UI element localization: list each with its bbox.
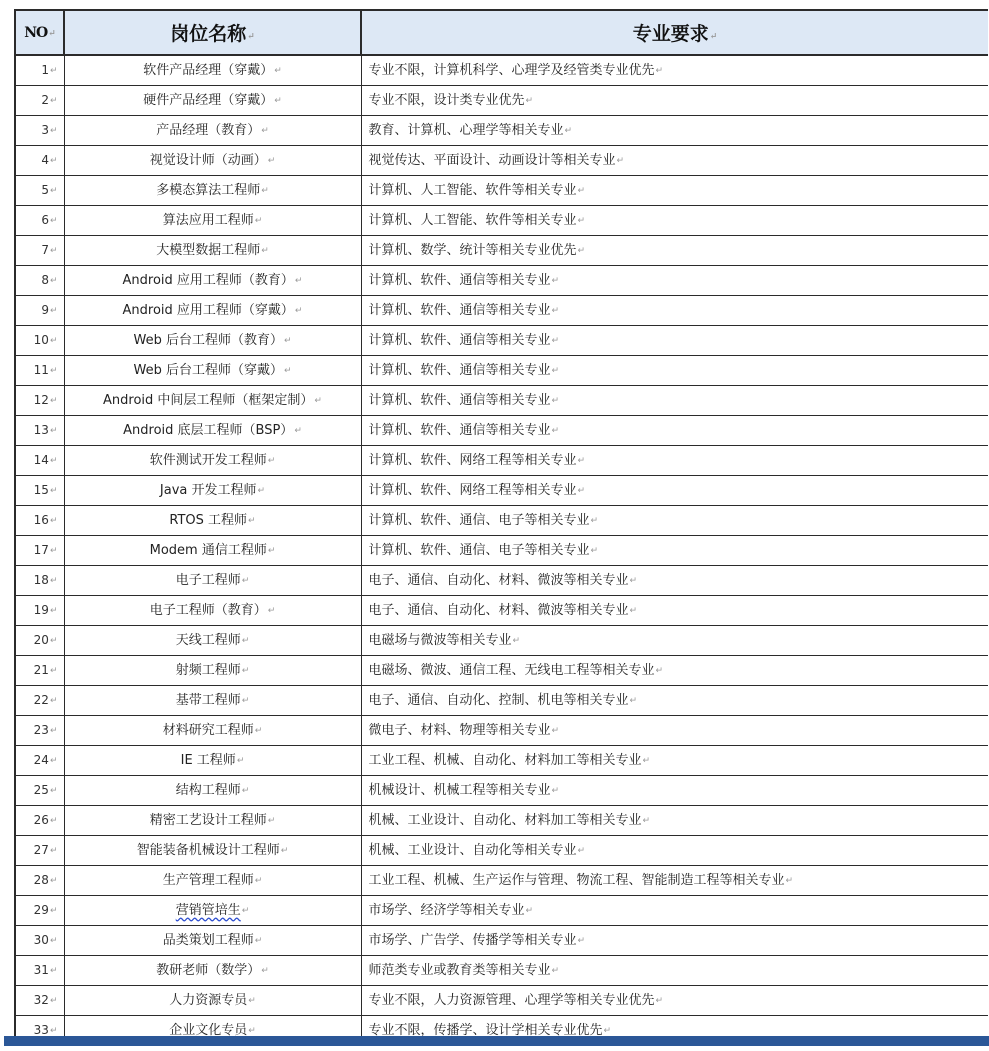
paragraph-mark-icon: ↵ <box>242 576 250 586</box>
paragraph-mark-icon: ↵ <box>274 96 282 106</box>
paragraph-mark-icon: ↵ <box>242 786 250 796</box>
paragraph-mark-icon: ↵ <box>50 276 58 286</box>
major-requirement-cell-text: 电子、通信、自动化、控制、机电等相关专业 <box>369 693 629 708</box>
paragraph-mark-icon: ↵ <box>643 756 651 766</box>
paragraph-mark-icon: ↵ <box>643 816 651 826</box>
paragraph-mark-icon: ↵ <box>50 666 58 676</box>
row-number-cell[interactable]: 24↵ <box>15 746 64 776</box>
table-row: 20↵天线工程师↵电磁场与微波等相关专业↵ <box>15 626 988 656</box>
row-number-cell[interactable]: 27↵ <box>15 836 64 866</box>
paragraph-mark-icon: ↵ <box>578 846 586 856</box>
row-number-cell-text: 10 <box>34 333 49 347</box>
row-number-cell-text: 15 <box>34 483 49 497</box>
position-name-cell[interactable]: 射频工程师↵ <box>64 656 361 686</box>
paragraph-mark-icon: ↵ <box>513 636 521 646</box>
paragraph-mark-icon: ↵ <box>261 246 269 256</box>
job-requirements-table-container: NO↵ 岗位名称↵ 专业要求↵ 1↵软件产品经理（穿戴）↵专业不限，计算机科学、… <box>14 9 987 1046</box>
table-row: 4↵视觉设计师（动画）↵视觉传达、平面设计、动画设计等相关专业↵ <box>15 146 988 176</box>
paragraph-mark-icon: ↵ <box>50 846 58 856</box>
row-number-cell-text: 9 <box>41 303 49 317</box>
major-requirement-cell[interactable]: 电磁场、微波、通信工程、无线电工程等相关专业↵ <box>361 656 988 686</box>
paragraph-mark-icon: ↵ <box>50 396 58 406</box>
position-name-cell-text: 大模型数据工程师 <box>156 243 260 258</box>
major-requirement-cell[interactable]: 微电子、材料、物理等相关专业↵ <box>361 716 988 746</box>
major-requirement-cell-text: 计算机、软件、通信、电子等相关专业 <box>369 513 590 528</box>
major-requirement-cell[interactable]: 机械、工业设计、自动化等相关专业↵ <box>361 836 988 866</box>
position-name-cell[interactable]: 品类策划工程师↵ <box>64 926 361 956</box>
table-row: 2↵硬件产品经理（穿戴）↵专业不限，设计类专业优先↵ <box>15 86 988 116</box>
row-number-cell[interactable]: 21↵ <box>15 656 64 686</box>
paragraph-mark-icon: ↵ <box>526 906 534 916</box>
position-name-cell[interactable]: Java 开发工程师↵ <box>64 476 361 506</box>
paragraph-mark-icon: ↵ <box>294 426 302 436</box>
major-requirement-cell-text: 计算机、软件、通信等相关专业 <box>369 423 551 438</box>
major-requirement-cell-text: 计算机、软件、通信、电子等相关专业 <box>369 543 590 558</box>
header-no-label: NO <box>24 25 47 41</box>
position-name-cell-text: 射频工程师 <box>176 663 241 678</box>
table-row: 18↵电子工程师↵电子、通信、自动化、材料、微波等相关专业↵ <box>15 566 988 596</box>
major-requirement-cell[interactable]: 计算机、软件、通信等相关专业↵ <box>361 266 988 296</box>
row-number-cell-text: 14 <box>34 453 49 467</box>
major-requirement-cell-text: 工业工程、机械、自动化、材料加工等相关专业 <box>369 753 642 768</box>
table-row: 12↵Android 中间层工程师（框架定制）↵计算机、软件、通信等相关专业↵ <box>15 386 988 416</box>
major-requirement-cell-text: 电磁场、微波、通信工程、无线电工程等相关专业 <box>369 663 655 678</box>
paragraph-mark-icon: ↵ <box>630 606 638 616</box>
major-requirement-cell[interactable]: 专业不限，人力资源管理、心理学等相关专业优先↵ <box>361 986 988 1016</box>
major-requirement-cell[interactable]: 电子、通信、自动化、材料、微波等相关专业↵ <box>361 596 988 626</box>
paragraph-mark-icon: ↵ <box>578 486 586 496</box>
paragraph-mark-icon: ↵ <box>50 996 58 1006</box>
row-number-cell-text: 11 <box>34 363 49 377</box>
row-number-cell-text: 29 <box>34 903 49 917</box>
major-requirement-cell[interactable]: 计算机、软件、通信、电子等相关专业↵ <box>361 506 988 536</box>
table-row: 1↵软件产品经理（穿戴）↵专业不限，计算机科学、心理学及经管类专业优先↵ <box>15 55 988 86</box>
position-name-cell[interactable]: Modem 通信工程师↵ <box>64 536 361 566</box>
paragraph-mark-icon: ↵ <box>258 486 266 496</box>
row-number-cell[interactable]: 11↵ <box>15 356 64 386</box>
paragraph-mark-icon: ↵ <box>630 576 638 586</box>
table-row: 15↵Java 开发工程师↵计算机、软件、网络工程等相关专业↵ <box>15 476 988 506</box>
paragraph-mark-icon: ↵ <box>656 66 664 76</box>
position-name-cell[interactable]: IE 工程师↵ <box>64 746 361 776</box>
row-number-cell-text: 22 <box>34 693 49 707</box>
row-number-cell-text: 17 <box>34 543 49 557</box>
paragraph-mark-icon: ↵ <box>255 936 263 946</box>
paragraph-mark-icon: ↵ <box>50 696 58 706</box>
paragraph-mark-icon: ↵ <box>284 366 292 376</box>
paragraph-mark-icon: ↵ <box>295 306 303 316</box>
paragraph-mark-icon: ↵ <box>50 516 58 526</box>
row-number-cell[interactable]: 19↵ <box>15 596 64 626</box>
table-row: 21↵射频工程师↵电磁场、微波、通信工程、无线电工程等相关专业↵ <box>15 656 988 686</box>
row-number-cell[interactable]: 32↵ <box>15 986 64 1016</box>
position-name-cell-text: Web 后台工程师（穿戴） <box>133 363 282 378</box>
position-name-cell[interactable]: 精密工艺设计工程师↵ <box>64 806 361 836</box>
position-name-cell-text: 软件产品经理（穿戴） <box>143 63 273 78</box>
position-name-cell[interactable]: 结构工程师↵ <box>64 776 361 806</box>
position-name-cell-text: 精密工艺设计工程师 <box>150 813 267 828</box>
paragraph-mark-icon: ↵ <box>242 906 250 916</box>
paragraph-mark-icon: ↵ <box>50 936 58 946</box>
paragraph-mark-icon: ↵ <box>552 306 560 316</box>
row-number-cell[interactable]: 1↵ <box>15 55 64 86</box>
paragraph-mark-icon: ↵ <box>50 186 58 196</box>
paragraph-mark-icon: ↵ <box>248 996 256 1006</box>
paragraph-mark-icon: ↵ <box>604 1026 612 1036</box>
paragraph-mark-icon: ↵ <box>526 96 534 106</box>
position-name-cell[interactable]: Android 底层工程师（BSP）↵ <box>64 416 361 446</box>
position-name-cell[interactable]: 教研老师（数学）↵ <box>64 956 361 986</box>
major-requirement-cell[interactable]: 工业工程、机械、生产运作与管理、物流工程、智能制造工程等相关专业↵ <box>361 866 988 896</box>
row-number-cell[interactable]: 3↵ <box>15 116 64 146</box>
table-row: 16↵RTOS 工程师↵计算机、软件、通信、电子等相关专业↵ <box>15 506 988 536</box>
paragraph-mark-icon: ↵ <box>50 66 58 76</box>
row-number-cell-text: 24 <box>34 753 49 767</box>
header-position-name-label: 岗位名称 <box>170 23 246 45</box>
major-requirement-cell[interactable]: 专业不限，计算机科学、心理学及经管类专业优先↵ <box>361 55 988 86</box>
major-requirement-cell-text: 机械设计、机械工程等相关专业 <box>369 783 551 798</box>
paragraph-mark-icon: ↵ <box>261 966 269 976</box>
table-row: 11↵Web 后台工程师（穿戴）↵计算机、软件、通信等相关专业↵ <box>15 356 988 386</box>
row-number-cell-text: 25 <box>34 783 49 797</box>
position-name-cell[interactable]: 营销管培生↵ <box>64 896 361 926</box>
table-row: 10↵Web 后台工程师（教育）↵计算机、软件、通信等相关专业↵ <box>15 326 988 356</box>
paragraph-mark-icon: ↵ <box>50 366 58 376</box>
position-name-cell[interactable]: 生产管理工程师↵ <box>64 866 361 896</box>
major-requirement-cell[interactable]: 视觉传达、平面设计、动画设计等相关专业↵ <box>361 146 988 176</box>
row-number-cell[interactable]: 16↵ <box>15 506 64 536</box>
paragraph-mark-icon: ↵ <box>255 726 263 736</box>
position-name-cell[interactable]: 电子工程师↵ <box>64 566 361 596</box>
row-number-cell[interactable]: 15↵ <box>15 476 64 506</box>
paragraph-mark-icon: ↵ <box>268 456 276 466</box>
position-name-cell-text: 教研老师（数学） <box>156 963 260 978</box>
position-name-cell[interactable]: Web 后台工程师（穿戴）↵ <box>64 356 361 386</box>
row-number-cell-text: 2 <box>41 93 49 107</box>
position-name-cell[interactable]: 软件产品经理（穿戴）↵ <box>64 55 361 86</box>
row-number-cell[interactable]: 4↵ <box>15 146 64 176</box>
paragraph-mark-icon: ↵ <box>552 966 560 976</box>
row-number-cell[interactable]: 6↵ <box>15 206 64 236</box>
header-no: NO↵ <box>15 10 64 55</box>
major-requirement-cell-text: 计算机、软件、通信等相关专业 <box>369 303 551 318</box>
row-number-cell-text: 7 <box>41 243 49 257</box>
paragraph-mark-icon: ↵ <box>578 936 586 946</box>
position-name-cell-text: 算法应用工程师 <box>163 213 254 228</box>
paragraph-mark-icon: ↵ <box>268 606 276 616</box>
major-requirement-cell[interactable]: 计算机、软件、通信等相关专业↵ <box>361 296 988 326</box>
row-number-cell-text: 30 <box>34 933 49 947</box>
major-requirement-cell-text: 市场学、经济学等相关专业 <box>369 903 525 918</box>
paragraph-mark-icon: ↵ <box>578 186 586 196</box>
row-number-cell[interactable]: 9↵ <box>15 296 64 326</box>
bottom-blue-bar <box>4 1036 989 1046</box>
major-requirement-cell-text: 计算机、人工智能、软件等相关专业 <box>369 183 577 198</box>
major-requirement-cell[interactable]: 市场学、广告学、传播学等相关专业↵ <box>361 926 988 956</box>
table-row: 9↵Android 应用工程师（穿戴）↵计算机、软件、通信等相关专业↵ <box>15 296 988 326</box>
major-requirement-cell[interactable]: 计算机、软件、网络工程等相关专业↵ <box>361 446 988 476</box>
row-number-cell[interactable]: 10↵ <box>15 326 64 356</box>
paragraph-mark-icon: ↵ <box>591 516 599 526</box>
major-requirement-cell-text: 计算机、软件、通信等相关专业 <box>369 273 551 288</box>
major-requirement-cell-text: 电子、通信、自动化、材料、微波等相关专业 <box>369 573 629 588</box>
position-name-cell[interactable]: 硬件产品经理（穿戴）↵ <box>64 86 361 116</box>
paragraph-mark-icon: ↵ <box>50 786 58 796</box>
paragraph-mark-icon: ↵ <box>617 156 625 166</box>
major-requirement-cell[interactable]: 计算机、软件、通信、电子等相关专业↵ <box>361 536 988 566</box>
table-row: 17↵Modem 通信工程师↵计算机、软件、通信、电子等相关专业↵ <box>15 536 988 566</box>
row-number-cell[interactable]: 12↵ <box>15 386 64 416</box>
position-name-cell[interactable]: 算法应用工程师↵ <box>64 206 361 236</box>
major-requirement-cell[interactable]: 计算机、人工智能、软件等相关专业↵ <box>361 176 988 206</box>
position-name-cell[interactable]: 电子工程师（教育）↵ <box>64 596 361 626</box>
row-number-cell[interactable]: 5↵ <box>15 176 64 206</box>
major-requirement-cell[interactable]: 专业不限，设计类专业优先↵ <box>361 86 988 116</box>
paragraph-mark-icon: ↵ <box>552 426 560 436</box>
position-name-cell[interactable]: Android 中间层工程师（框架定制）↵ <box>64 386 361 416</box>
paragraph-mark-icon: ↵ <box>552 276 560 286</box>
row-number-cell-text: 3 <box>41 123 49 137</box>
row-number-cell-text: 27 <box>34 843 49 857</box>
table-row: 8↵Android 应用工程师（教育）↵计算机、软件、通信等相关专业↵ <box>15 266 988 296</box>
row-number-cell[interactable]: 14↵ <box>15 446 64 476</box>
position-name-cell[interactable]: 多模态算法工程师↵ <box>64 176 361 206</box>
major-requirement-cell[interactable]: 师范类专业或教育类等相关专业↵ <box>361 956 988 986</box>
row-number-cell-text: 19 <box>34 603 49 617</box>
position-name-cell-text: Java 开发工程师 <box>160 483 257 498</box>
paragraph-mark-icon: ↵ <box>50 426 58 436</box>
paragraph-mark-icon: ↵ <box>50 726 58 736</box>
major-requirement-cell-text: 市场学、广告学、传播学等相关专业 <box>369 933 577 948</box>
position-name-cell-text: Android 中间层工程师（框架定制） <box>103 393 313 408</box>
row-number-cell[interactable]: 17↵ <box>15 536 64 566</box>
major-requirement-cell-text: 计算机、软件、通信等相关专业 <box>369 363 551 378</box>
major-requirement-cell[interactable]: 市场学、经济学等相关专业↵ <box>361 896 988 926</box>
position-name-cell-text: Modem 通信工程师 <box>150 543 267 558</box>
position-name-cell-text: 人力资源专员 <box>169 993 247 1008</box>
major-requirement-cell-text: 机械、工业设计、自动化、材料加工等相关专业 <box>369 813 642 828</box>
paragraph-mark-icon: ↵ <box>247 32 255 42</box>
row-number-cell-text: 32 <box>34 993 49 1007</box>
paragraph-mark-icon: ↵ <box>50 216 58 226</box>
paragraph-mark-icon: ↵ <box>630 696 638 706</box>
row-number-cell-text: 12 <box>34 393 49 407</box>
row-number-cell-text: 5 <box>41 183 49 197</box>
paragraph-mark-icon: ↵ <box>50 1026 58 1036</box>
paragraph-mark-icon: ↵ <box>710 32 718 42</box>
table-row: 6↵算法应用工程师↵计算机、人工智能、软件等相关专业↵ <box>15 206 988 236</box>
header-position-name: 岗位名称↵ <box>64 10 361 55</box>
paragraph-mark-icon: ↵ <box>50 456 58 466</box>
position-name-cell-text: RTOS 工程师 <box>169 513 247 528</box>
table-row: 32↵人力资源专员↵专业不限，人力资源管理、心理学等相关专业优先↵ <box>15 986 988 1016</box>
major-requirement-cell-text: 教育、计算机、心理学等相关专业 <box>369 123 564 138</box>
table-row: 28↵生产管理工程师↵工业工程、机械、生产运作与管理、物流工程、智能制造工程等相… <box>15 866 988 896</box>
major-requirement-cell-text: 专业不限，计算机科学、心理学及经管类专业优先 <box>369 63 655 78</box>
row-number-cell[interactable]: 30↵ <box>15 926 64 956</box>
major-requirement-cell[interactable]: 工业工程、机械、自动化、材料加工等相关专业↵ <box>361 746 988 776</box>
paragraph-mark-icon: ↵ <box>261 126 269 136</box>
paragraph-mark-icon: ↵ <box>242 636 250 646</box>
paragraph-mark-icon: ↵ <box>248 516 256 526</box>
position-name-cell[interactable]: 产品经理（教育）↵ <box>64 116 361 146</box>
row-number-cell-text: 1 <box>41 63 49 77</box>
paragraph-mark-icon: ↵ <box>261 186 269 196</box>
major-requirement-cell[interactable]: 电磁场与微波等相关专业↵ <box>361 626 988 656</box>
major-requirement-cell-text: 视觉传达、平面设计、动画设计等相关专业 <box>369 153 616 168</box>
position-name-cell[interactable]: Android 应用工程师（穿戴）↵ <box>64 296 361 326</box>
major-requirement-cell[interactable]: 计算机、软件、通信等相关专业↵ <box>361 416 988 446</box>
paragraph-mark-icon: ↵ <box>268 816 276 826</box>
paragraph-mark-icon: ↵ <box>552 726 560 736</box>
major-requirement-cell[interactable]: 机械设计、机械工程等相关专业↵ <box>361 776 988 806</box>
major-requirement-cell-text: 计算机、数学、统计等相关专业优先 <box>369 243 577 258</box>
position-name-cell-text: Android 应用工程师（教育） <box>123 273 294 288</box>
table-row: 5↵多模态算法工程师↵计算机、人工智能、软件等相关专业↵ <box>15 176 988 206</box>
paragraph-mark-icon: ↵ <box>50 336 58 346</box>
position-name-cell[interactable]: Web 后台工程师（教育）↵ <box>64 326 361 356</box>
position-name-cell-text: 软件测试开发工程师 <box>150 453 267 468</box>
position-name-cell-text: Android 底层工程师（BSP） <box>123 423 293 438</box>
major-requirement-cell[interactable]: 计算机、软件、通信等相关专业↵ <box>361 386 988 416</box>
major-requirement-cell-text: 电子、通信、自动化、材料、微波等相关专业 <box>369 603 629 618</box>
row-number-cell[interactable]: 2↵ <box>15 86 64 116</box>
paragraph-mark-icon: ↵ <box>552 366 560 376</box>
major-requirement-cell-text: 计算机、软件、通信等相关专业 <box>369 333 551 348</box>
major-requirement-cell[interactable]: 机械、工业设计、自动化、材料加工等相关专业↵ <box>361 806 988 836</box>
position-name-cell-text: Web 后台工程师（教育） <box>133 333 282 348</box>
position-name-cell-text: 结构工程师 <box>176 783 241 798</box>
table-row: 31↵教研老师（数学）↵师范类专业或教育类等相关专业↵ <box>15 956 988 986</box>
paragraph-mark-icon: ↵ <box>786 876 794 886</box>
paragraph-mark-icon: ↵ <box>242 696 250 706</box>
paragraph-mark-icon: ↵ <box>50 606 58 616</box>
row-number-cell[interactable]: 18↵ <box>15 566 64 596</box>
row-number-cell-text: 13 <box>34 423 49 437</box>
paragraph-mark-icon: ↵ <box>578 456 586 466</box>
row-number-cell[interactable]: 22↵ <box>15 686 64 716</box>
position-name-cell-text: Android 应用工程师（穿戴） <box>123 303 294 318</box>
position-name-cell[interactable]: 大模型数据工程师↵ <box>64 236 361 266</box>
row-number-cell-text: 8 <box>41 273 49 287</box>
table-row: 23↵材料研究工程师↵微电子、材料、物理等相关专业↵ <box>15 716 988 746</box>
table-row: 26↵精密工艺设计工程师↵机械、工业设计、自动化、材料加工等相关专业↵ <box>15 806 988 836</box>
major-requirement-cell-text: 师范类专业或教育类等相关专业 <box>369 963 551 978</box>
position-name-cell[interactable]: 基带工程师↵ <box>64 686 361 716</box>
paragraph-mark-icon: ↵ <box>50 486 58 496</box>
row-number-cell-text: 18 <box>34 573 49 587</box>
paragraph-mark-icon: ↵ <box>295 276 303 286</box>
paragraph-mark-icon: ↵ <box>656 666 664 676</box>
row-number-cell[interactable]: 29↵ <box>15 896 64 926</box>
position-name-cell[interactable]: 智能装备机械设计工程师↵ <box>64 836 361 866</box>
paragraph-mark-icon: ↵ <box>50 96 58 106</box>
position-name-cell[interactable]: 人力资源专员↵ <box>64 986 361 1016</box>
paragraph-mark-icon: ↵ <box>50 636 58 646</box>
table-row: 24↵IE 工程师↵工业工程、机械、自动化、材料加工等相关专业↵ <box>15 746 988 776</box>
row-number-cell[interactable]: 25↵ <box>15 776 64 806</box>
row-number-cell-text: 33 <box>34 1023 49 1037</box>
paragraph-mark-icon: ↵ <box>248 1026 256 1036</box>
row-number-cell[interactable]: 26↵ <box>15 806 64 836</box>
row-number-cell[interactable]: 31↵ <box>15 956 64 986</box>
table-row: 13↵Android 底层工程师（BSP）↵计算机、软件、通信等相关专业↵ <box>15 416 988 446</box>
major-requirement-cell[interactable]: 计算机、软件、网络工程等相关专业↵ <box>361 476 988 506</box>
row-number-cell[interactable]: 8↵ <box>15 266 64 296</box>
major-requirement-cell[interactable]: 计算机、数学、统计等相关专业优先↵ <box>361 236 988 266</box>
paragraph-mark-icon: ↵ <box>552 396 560 406</box>
major-requirement-cell[interactable]: 计算机、软件、通信等相关专业↵ <box>361 356 988 386</box>
table-row: 7↵大模型数据工程师↵计算机、数学、统计等相关专业优先↵ <box>15 236 988 266</box>
position-name-cell[interactable]: 材料研究工程师↵ <box>64 716 361 746</box>
paragraph-mark-icon: ↵ <box>284 336 292 346</box>
paragraph-mark-icon: ↵ <box>50 756 58 766</box>
row-number-cell[interactable]: 23↵ <box>15 716 64 746</box>
paragraph-mark-icon: ↵ <box>578 216 586 226</box>
paragraph-mark-icon: ↵ <box>50 156 58 166</box>
paragraph-mark-icon: ↵ <box>50 876 58 886</box>
major-requirement-cell[interactable]: 电子、通信、自动化、材料、微波等相关专业↵ <box>361 566 988 596</box>
row-number-cell-text: 21 <box>34 663 49 677</box>
paragraph-mark-icon: ↵ <box>50 576 58 586</box>
paragraph-mark-icon: ↵ <box>552 786 560 796</box>
row-number-cell[interactable]: 7↵ <box>15 236 64 266</box>
row-number-cell[interactable]: 20↵ <box>15 626 64 656</box>
position-name-cell-text: 营销管培生 <box>176 903 241 918</box>
row-number-cell-text: 28 <box>34 873 49 887</box>
paragraph-mark-icon: ↵ <box>50 906 58 916</box>
job-requirements-table: NO↵ 岗位名称↵ 专业要求↵ 1↵软件产品经理（穿戴）↵专业不限，计算机科学、… <box>14 9 988 1046</box>
position-name-cell-text: 电子工程师 <box>176 573 241 588</box>
position-name-cell[interactable]: RTOS 工程师↵ <box>64 506 361 536</box>
paragraph-mark-icon: ↵ <box>48 29 55 39</box>
header-major-requirement: 专业要求↵ <box>361 10 988 55</box>
position-name-cell[interactable]: 软件测试开发工程师↵ <box>64 446 361 476</box>
row-number-cell[interactable]: 13↵ <box>15 416 64 446</box>
major-requirement-cell[interactable]: 计算机、软件、通信等相关专业↵ <box>361 326 988 356</box>
paragraph-mark-icon: ↵ <box>255 876 263 886</box>
position-name-cell[interactable]: Android 应用工程师（教育）↵ <box>64 266 361 296</box>
paragraph-mark-icon: ↵ <box>578 246 586 256</box>
paragraph-mark-icon: ↵ <box>255 216 263 226</box>
row-number-cell-text: 20 <box>34 633 49 647</box>
table-header: NO↵ 岗位名称↵ 专业要求↵ <box>15 10 988 55</box>
table-row: 27↵智能装备机械设计工程师↵机械、工业设计、自动化等相关专业↵ <box>15 836 988 866</box>
major-requirement-cell[interactable]: 电子、通信、自动化、控制、机电等相关专业↵ <box>361 686 988 716</box>
paragraph-mark-icon: ↵ <box>552 336 560 346</box>
position-name-cell[interactable]: 视觉设计师（动画）↵ <box>64 146 361 176</box>
major-requirement-cell-text: 计算机、软件、通信等相关专业 <box>369 393 551 408</box>
major-requirement-cell[interactable]: 计算机、人工智能、软件等相关专业↵ <box>361 206 988 236</box>
paragraph-mark-icon: ↵ <box>50 966 58 976</box>
major-requirement-cell[interactable]: 教育、计算机、心理学等相关专业↵ <box>361 116 988 146</box>
major-requirement-cell-text: 计算机、人工智能、软件等相关专业 <box>369 213 577 228</box>
table-row: 30↵品类策划工程师↵市场学、广告学、传播学等相关专业↵ <box>15 926 988 956</box>
paragraph-mark-icon: ↵ <box>591 546 599 556</box>
major-requirement-cell-text: 机械、工业设计、自动化等相关专业 <box>369 843 577 858</box>
major-requirement-cell-text: 电磁场与微波等相关专业 <box>369 633 512 648</box>
major-requirement-cell-text: 计算机、软件、网络工程等相关专业 <box>369 483 577 498</box>
table-row: 29↵营销管培生↵市场学、经济学等相关专业↵ <box>15 896 988 926</box>
row-number-cell[interactable]: 28↵ <box>15 866 64 896</box>
paragraph-mark-icon: ↵ <box>237 756 245 766</box>
paragraph-mark-icon: ↵ <box>50 246 58 256</box>
position-name-cell-text: IE 工程师 <box>181 753 236 768</box>
row-number-cell-text: 16 <box>34 513 49 527</box>
paragraph-mark-icon: ↵ <box>281 846 289 856</box>
position-name-cell[interactable]: 天线工程师↵ <box>64 626 361 656</box>
position-name-cell-text: 视觉设计师（动画） <box>150 153 267 168</box>
